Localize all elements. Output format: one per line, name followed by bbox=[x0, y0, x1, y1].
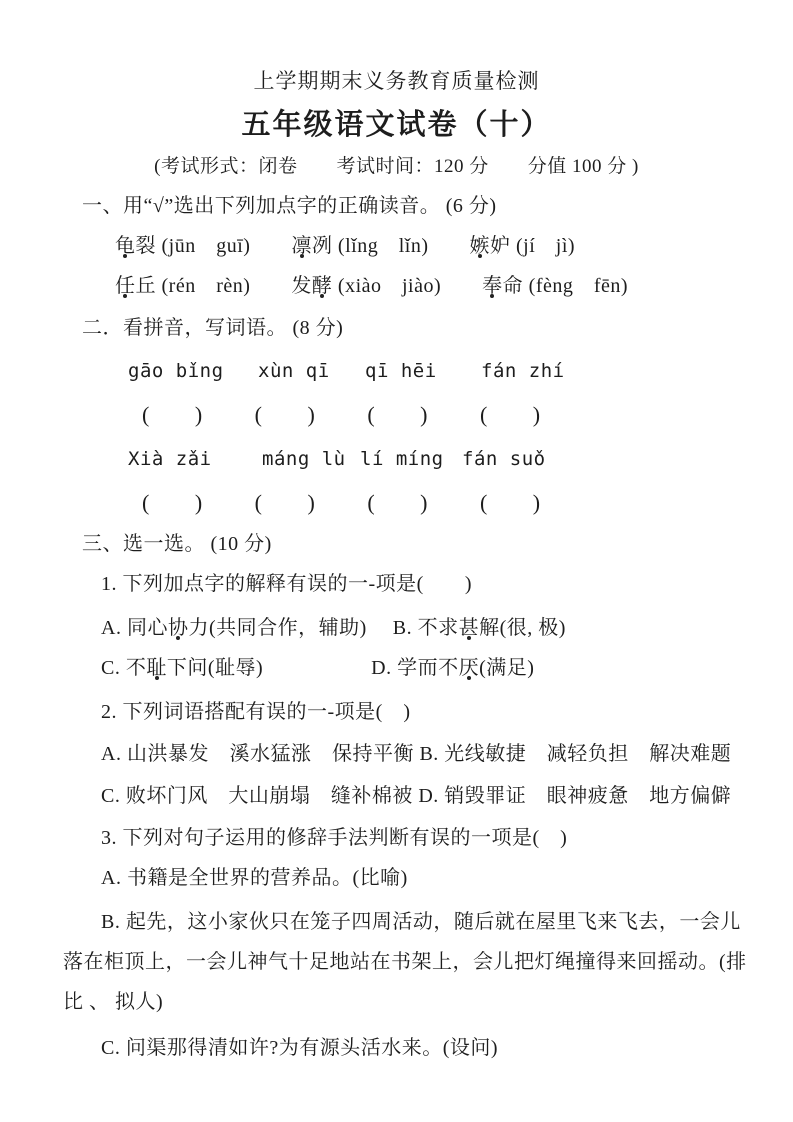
exam-title: 五年级语文试卷（十） bbox=[0, 102, 793, 148]
question1-stem: 1. 下列加点字的解释有误的一-项是( ) bbox=[101, 564, 753, 604]
answer-bracket: ( ) bbox=[480, 394, 541, 436]
question2-stem: 2. 下列词语搭配有误的一-项是( ) bbox=[101, 692, 753, 732]
question3-option-b-line3: 比 、 拟人) bbox=[63, 982, 753, 1022]
text-segment: 命 (fèng fēn) bbox=[503, 275, 628, 297]
question3-option-a: A. 书籍是全世界的营养品。(比喻) bbox=[101, 858, 753, 898]
pinyin-word: fán zhí bbox=[481, 350, 565, 392]
answer-bracket: ( ) bbox=[142, 394, 203, 436]
pinyin-word: xùn qī bbox=[258, 350, 365, 392]
question3-option-c: C. 问渠那得清如许?为有源头活水来。(设问) bbox=[101, 1028, 753, 1068]
bracket-row-1: ( )( )( )( ) bbox=[142, 394, 753, 436]
text-segment: C. 不 bbox=[101, 657, 146, 679]
pinyin-word: Xià zǎi bbox=[128, 438, 262, 480]
emphasized-character: 嫉 bbox=[469, 235, 490, 257]
pinyin-row-1: gāo bǐngxùn qīqī hēifán zhí bbox=[128, 350, 753, 392]
question1-options-cd: C. 不耻下问(耻辱) D. 学而不厌(满足) bbox=[101, 648, 753, 688]
answer-bracket: ( ) bbox=[480, 482, 541, 524]
text-segment: (xiào jiào) bbox=[332, 275, 482, 297]
section2-heading: 二．看拼音，写词语。 (8 分) bbox=[82, 308, 753, 348]
pinyin-word: fán suǒ bbox=[462, 438, 546, 480]
section3-heading: 三、选一选。 (10 分) bbox=[82, 524, 753, 564]
exam-info: (考试形式：闭卷 考试时间：120 分 分值 100 分 ) bbox=[0, 148, 793, 186]
answer-bracket: ( ) bbox=[142, 482, 203, 524]
text-segment: 冽 (lǐng lǐn) bbox=[312, 235, 470, 257]
bracket-row-2: ( )( )( )( ) bbox=[142, 482, 753, 524]
text-segment: 下问(耻辱) D. 学而不 bbox=[167, 657, 459, 679]
answer-bracket: ( ) bbox=[255, 394, 316, 436]
emphasized-character: 龟 bbox=[115, 235, 136, 257]
section1-heading: 一、用“√”选出下列加点字的正确读音。 (6 分) bbox=[82, 186, 753, 226]
text-segment: 力(共同合作，辅助) B. 不求 bbox=[188, 617, 458, 639]
exam-paper-page: 上学期期末义务教育质量检测 五年级语文试卷（十） (考试形式：闭卷 考试时间：1… bbox=[0, 0, 793, 1122]
question2-options-ab: A. 山洪暴发 溪水猛涨 保持平衡 B. 光线敏捷 减轻负担 解决难题 bbox=[101, 734, 753, 774]
answer-bracket: ( ) bbox=[367, 394, 428, 436]
question3-option-b-line2: 落在柜顶上，一会儿神气十足地站在书架上，会儿把灯绳撞得来回摇动。(排 bbox=[63, 942, 753, 982]
pinyin-word: máng lù bbox=[262, 438, 360, 480]
question3-option-b-line1: B. 起先，这小家伙只在笼子四周活动，随后就在屋里飞来飞去，一会儿 bbox=[101, 902, 753, 942]
pinyin-word: qī hēi bbox=[365, 350, 481, 392]
text-segment: 妒 (jí jì) bbox=[490, 235, 575, 257]
emphasized-character: 奉 bbox=[482, 275, 503, 297]
text-segment: 解(很, 极) bbox=[479, 617, 566, 639]
pinyin-word: gāo bǐng bbox=[128, 350, 258, 392]
text-segment: A. 同心 bbox=[101, 617, 168, 639]
text-segment: 丘 (rén rèn) 发 bbox=[136, 275, 312, 297]
emphasized-character: 协 bbox=[168, 617, 189, 639]
emphasized-character: 甚 bbox=[459, 617, 480, 639]
emphasized-character: 任 bbox=[115, 275, 136, 297]
section1-row1: 龟裂 (jūn guī) 凛冽 (lǐng lǐn) 嫉妒 (jí jì) bbox=[115, 226, 753, 266]
text-segment: (满足) bbox=[479, 657, 534, 679]
question3-stem: 3. 下列对句子运用的修辞手法判断有误的一项是( ) bbox=[101, 818, 753, 858]
emphasized-character: 凛 bbox=[291, 235, 312, 257]
header-subtitle: 上学期期末义务教育质量检测 bbox=[0, 60, 793, 102]
emphasized-character: 酵 bbox=[312, 275, 333, 297]
section1-row2: 任丘 (rén rèn) 发酵 (xiào jiào) 奉命 (fèng fēn… bbox=[115, 266, 753, 306]
question1-options-ab: A. 同心协力(共同合作，辅助) B. 不求甚解(很, 极) bbox=[101, 608, 753, 648]
answer-bracket: ( ) bbox=[255, 482, 316, 524]
emphasized-character: 厌 bbox=[459, 657, 480, 679]
question2-options-cd: C. 败坏门风 大山崩塌 缝补棉被 D. 销毁罪证 眼神疲惫 地方偏僻 bbox=[101, 776, 753, 816]
pinyin-row-2: Xià zǎimáng lùlí míngfán suǒ bbox=[128, 438, 753, 480]
text-segment: 裂 (jūn guī) bbox=[136, 235, 292, 257]
pinyin-word: lí míng bbox=[360, 438, 462, 480]
emphasized-character: 耻 bbox=[146, 657, 167, 679]
answer-bracket: ( ) bbox=[367, 482, 428, 524]
